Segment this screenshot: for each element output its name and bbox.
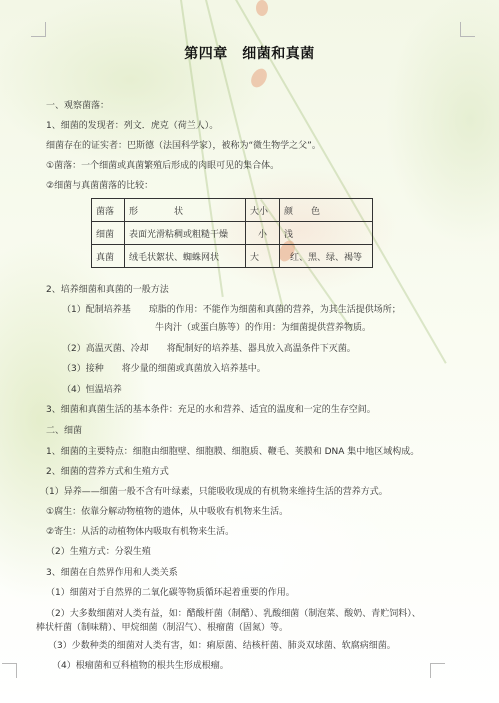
table-cell: 细菌 <box>92 222 125 245</box>
table-cell: 大 <box>246 245 280 268</box>
text-line: 棒状杆菌（制味精）、甲烷细菌（制沼气）、根瘤菌（固氮）等。 <box>36 622 288 634</box>
table-header-cell: 颜 色 <box>280 199 373 222</box>
table-header-cell: 大小 <box>246 199 280 222</box>
section-heading: 一、观察菌落： <box>46 100 109 112</box>
text-line: 3、细菌和真菌生活的基本条件：充足的水和营养、适宜的温度和一定的生存空间。 <box>46 404 376 416</box>
text-line: 3、细菌在自然界作用和人类关系 <box>46 567 178 579</box>
table-cell: 浅 <box>280 222 373 245</box>
text-line: （1）配制培养基 琼脂的作用：不能作为细菌和真菌的营养，为其生活提供场所； <box>62 304 401 316</box>
section-heading: 二、细菌 <box>46 425 82 437</box>
text-line: 1、细菌的发现者：列文．虎克（荷兰人）。 <box>46 120 218 132</box>
text-line: ②细菌与真菌菌落的比较： <box>46 180 153 192</box>
table-row: 细菌 表面光滑粘稠或粗糙干燥 小 浅 <box>92 222 373 245</box>
document-page: 第四章 细菌和真菌 一、观察菌落： 1、细菌的发现者：列文．虎克（荷兰人）。 细… <box>0 0 499 703</box>
text-line: 细菌存在的证实者：巴斯德（法国科学家），被称为“微生物学之父”。 <box>46 140 321 152</box>
chapter-title: 第四章 细菌和真菌 <box>0 43 499 63</box>
text-line: （4）根瘤菌和豆科植物的根共生形成根瘤。 <box>52 660 229 672</box>
table-cell: 绒毛状絮状、蜘蛛网状 <box>125 245 246 268</box>
table-cell: 红、黑、绿、褐等 <box>280 245 373 268</box>
table-cell: 小 <box>246 222 280 245</box>
text-line: （2）大多数细菌对人类有益，如：醋酸杆菌（制醋）、乳酸细菌（制泡菜、酸奶、青贮饲… <box>46 608 421 620</box>
text-line: （2）高温灭菌、冷却 将配制好的培养基、器具放入高温条件下灭菌。 <box>62 343 356 355</box>
text-line: ②寄生：从活的动植物体内吸取有机物来生活。 <box>46 526 234 538</box>
colony-comparison-table: 菌落 形 状 大小 颜 色 细菌 表面光滑粘稠或粗糙干燥 小 浅 真菌 绒毛状絮… <box>91 198 373 268</box>
text-line: （3）接种 将少量的细菌或真菌放入培养基中。 <box>62 363 266 375</box>
text-line: 2、细菌的营养方式和生殖方式 <box>46 466 169 478</box>
table-header-row: 菌落 形 状 大小 颜 色 <box>92 199 373 222</box>
table-header-cell: 形 状 <box>125 199 246 222</box>
text-line: 1、细菌的主要特点：细胞由细胞壁、细胞膜、细胞质、鞭毛、荚膜和 DNA 集中地区… <box>46 446 419 458</box>
table-row: 真菌 绒毛状絮状、蜘蛛网状 大 红、黑、绿、褐等 <box>92 245 373 268</box>
text-line: ①菌落：一个细菌或真菌繁殖后形成的肉眼可见的集合体。 <box>46 160 279 172</box>
text-line: ①腐生：依靠分解动物植物的遗体，从中吸收有机物来生活。 <box>46 506 288 518</box>
table-cell: 真菌 <box>92 245 125 268</box>
text-line: 牛肉汁（或蛋白胨等）的作用：为细菌提供营养物质。 <box>155 322 371 334</box>
text-line: （2）生殖方式：分裂生殖 <box>46 546 151 558</box>
table-cell: 表面光滑粘稠或粗糙干燥 <box>125 222 246 245</box>
text-line: （4）恒温培养 <box>62 384 122 396</box>
text-line: 2、培养细菌和真菌的一般方法 <box>46 284 169 296</box>
text-line: （3）少数种类的细菌对人类有害，如：痢原菌、结核杆菌、肺炎双球菌、软腐病细菌。 <box>48 640 396 652</box>
text-line: （1）细菌对于自然界的二氧化碳等物质循环起着重要的作用。 <box>46 587 295 599</box>
text-line: （1）异养——细菌一般不含有叶绿素，只能吸收现成的有机物来维持生活的营养方式。 <box>40 486 388 498</box>
table-header-cell: 菌落 <box>92 199 125 222</box>
